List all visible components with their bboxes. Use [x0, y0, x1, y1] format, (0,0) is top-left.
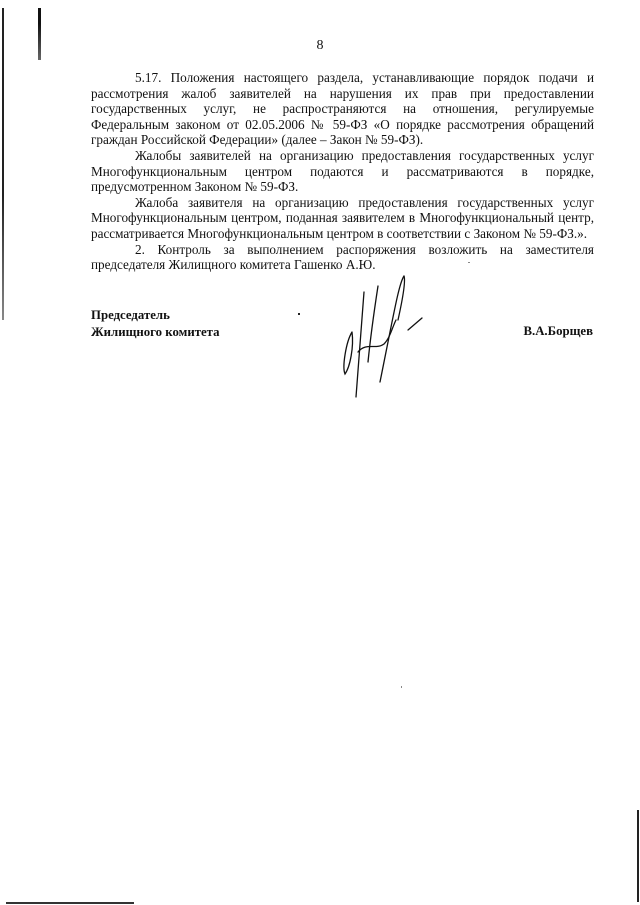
scan-dot	[298, 313, 300, 315]
paragraph-5-17: 5.17. Положения настоящего раздела, уста…	[91, 70, 594, 148]
signatory-title-line2: Жилищного комитета	[91, 324, 220, 341]
scan-edge-left	[2, 8, 4, 320]
page-number: 8	[0, 38, 640, 54]
document-body: 5.17. Положения настоящего раздела, уста…	[91, 70, 594, 273]
scan-edge-bottom	[6, 902, 134, 904]
scan-speck	[401, 686, 402, 688]
paragraph-complaint-review: Жалоба заявителя на организацию предоста…	[91, 195, 594, 242]
handwritten-signature	[340, 272, 450, 407]
signatory-title: Председатель Жилищного комитета	[91, 307, 220, 341]
signatory-title-line1: Председатель	[91, 307, 220, 324]
scan-speck	[468, 262, 470, 263]
paragraph-complaints-mfc: Жалобы заявителей на организацию предост…	[91, 148, 594, 195]
signatory-name: В.А.Борщев	[523, 324, 593, 339]
scan-edge-right	[637, 810, 639, 902]
paragraph-control: 2. Контроль за выполнением распоряжения …	[91, 242, 594, 273]
